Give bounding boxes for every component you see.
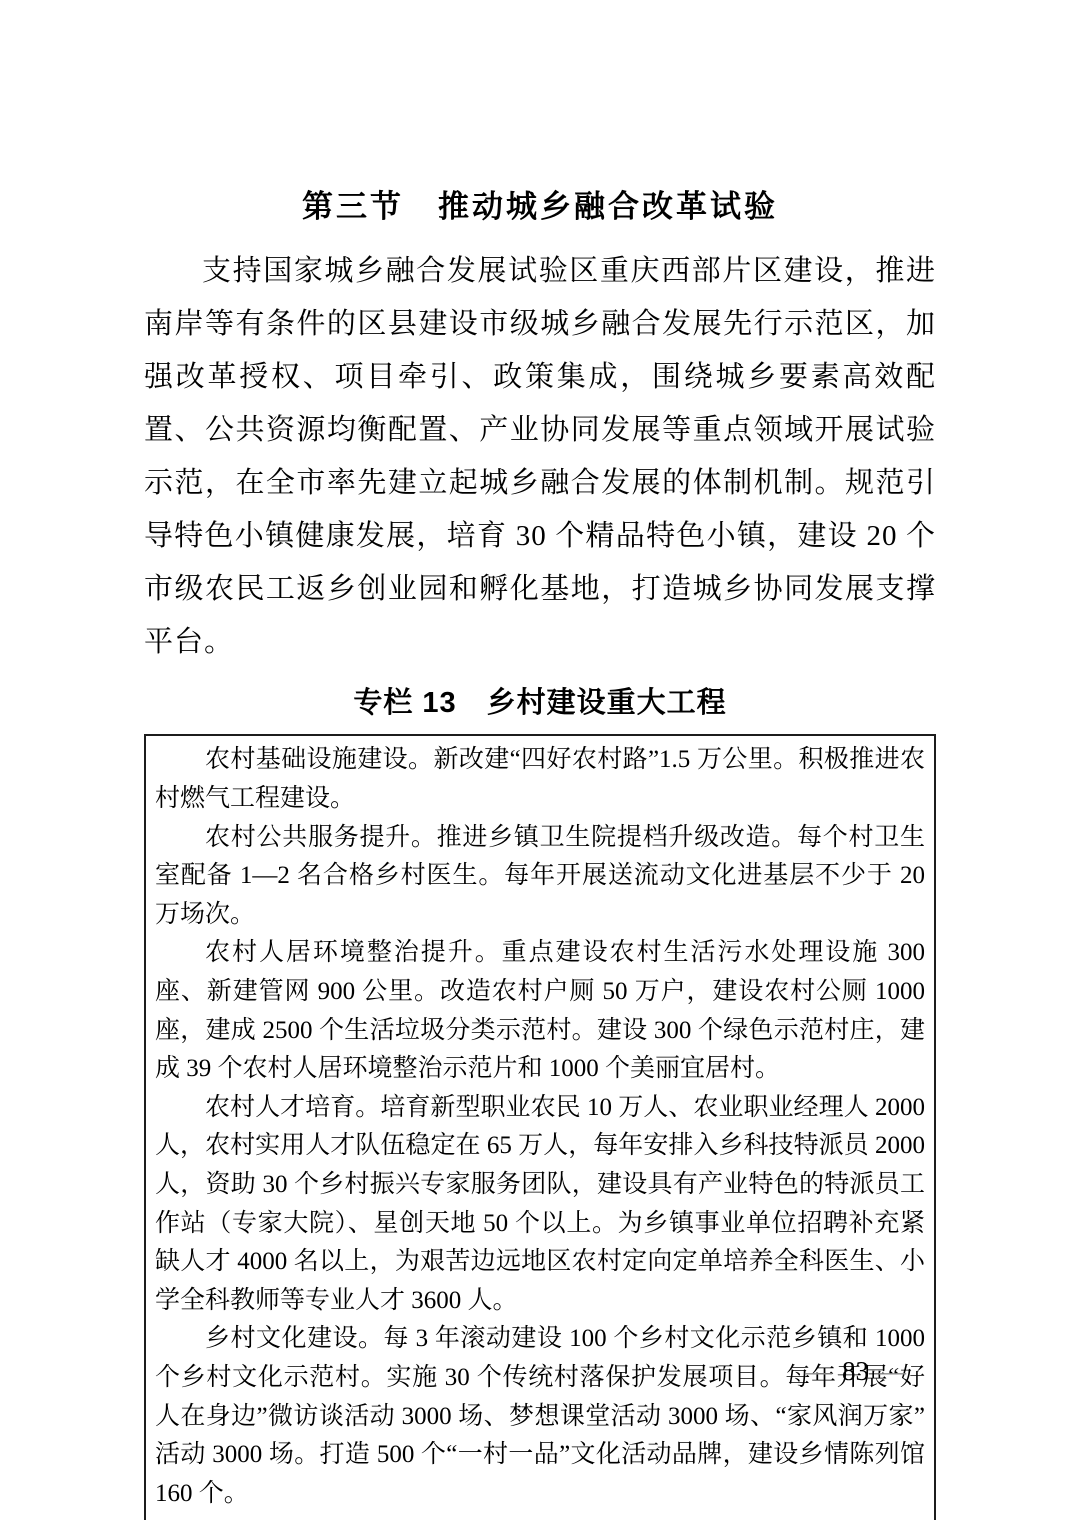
- text-column: 第三节 推动城乡融合改革试验 支持国家城乡融合发展试验区重庆西部片区建设，推进南…: [144, 0, 936, 1520]
- page-number-value: 83: [842, 1356, 869, 1386]
- box-paragraph-lead: 乡村文化建设。: [205, 1325, 383, 1352]
- box-paragraph-text: 培育新型职业农民 10 万人、农业职业经理人 2000 人，农村实用人才队伍稳定…: [155, 1094, 925, 1314]
- document-page: 第三节 推动城乡融合改革试验 支持国家城乡融合发展试验区重庆西部片区建设，推进南…: [0, 0, 1074, 1520]
- section-paragraph: 支持国家城乡融合发展试验区重庆西部片区建设，推进南岸等有条件的区县建设市级城乡融…: [144, 245, 936, 669]
- box-paragraph-living-environment: 农村人居环境整治提升。重点建设农村生活污水处理设施 300 座、新建管网 900…: [155, 934, 925, 1088]
- box-heading: 专栏 13 乡村建设重大工程: [144, 685, 936, 721]
- special-column-box: 农村基础设施建设。新改建“四好农村路”1.5 万公里。积极推进农村燃气工程建设。…: [144, 734, 936, 1520]
- box-paragraph-lead: 农村公共服务提升。: [205, 824, 437, 851]
- section-heading: 第三节 推动城乡融合改革试验: [144, 0, 936, 225]
- page-number: —83—: [795, 1355, 916, 1387]
- page-number-dash-right: —: [869, 1356, 916, 1386]
- box-paragraph-infrastructure: 农村基础设施建设。新改建“四好农村路”1.5 万公里。积极推进农村燃气工程建设。: [155, 741, 925, 818]
- box-paragraph-lead: 农村人居环境整治提升。: [205, 939, 502, 966]
- box-paragraph-text: 每 3 年滚动建设 100 个乡村文化示范乡镇和 1000 个乡村文化示范村。实…: [155, 1325, 925, 1506]
- box-paragraph-lead: 农村人才培育。: [205, 1094, 380, 1121]
- box-paragraph-rural-culture: 乡村文化建设。每 3 年滚动建设 100 个乡村文化示范乡镇和 1000 个乡村…: [155, 1320, 925, 1513]
- box-paragraph-lead: 农村基础设施建设。: [205, 746, 433, 773]
- page-number-dash-left: —: [795, 1356, 842, 1386]
- box-paragraph-public-services: 农村公共服务提升。推进乡镇卫生院提档升级改造。每个村卫生室配备 1—2 名合格乡…: [155, 819, 925, 935]
- box-paragraph-talent-cultivation: 农村人才培育。培育新型职业农民 10 万人、农业职业经理人 2000 人，农村实…: [155, 1089, 925, 1321]
